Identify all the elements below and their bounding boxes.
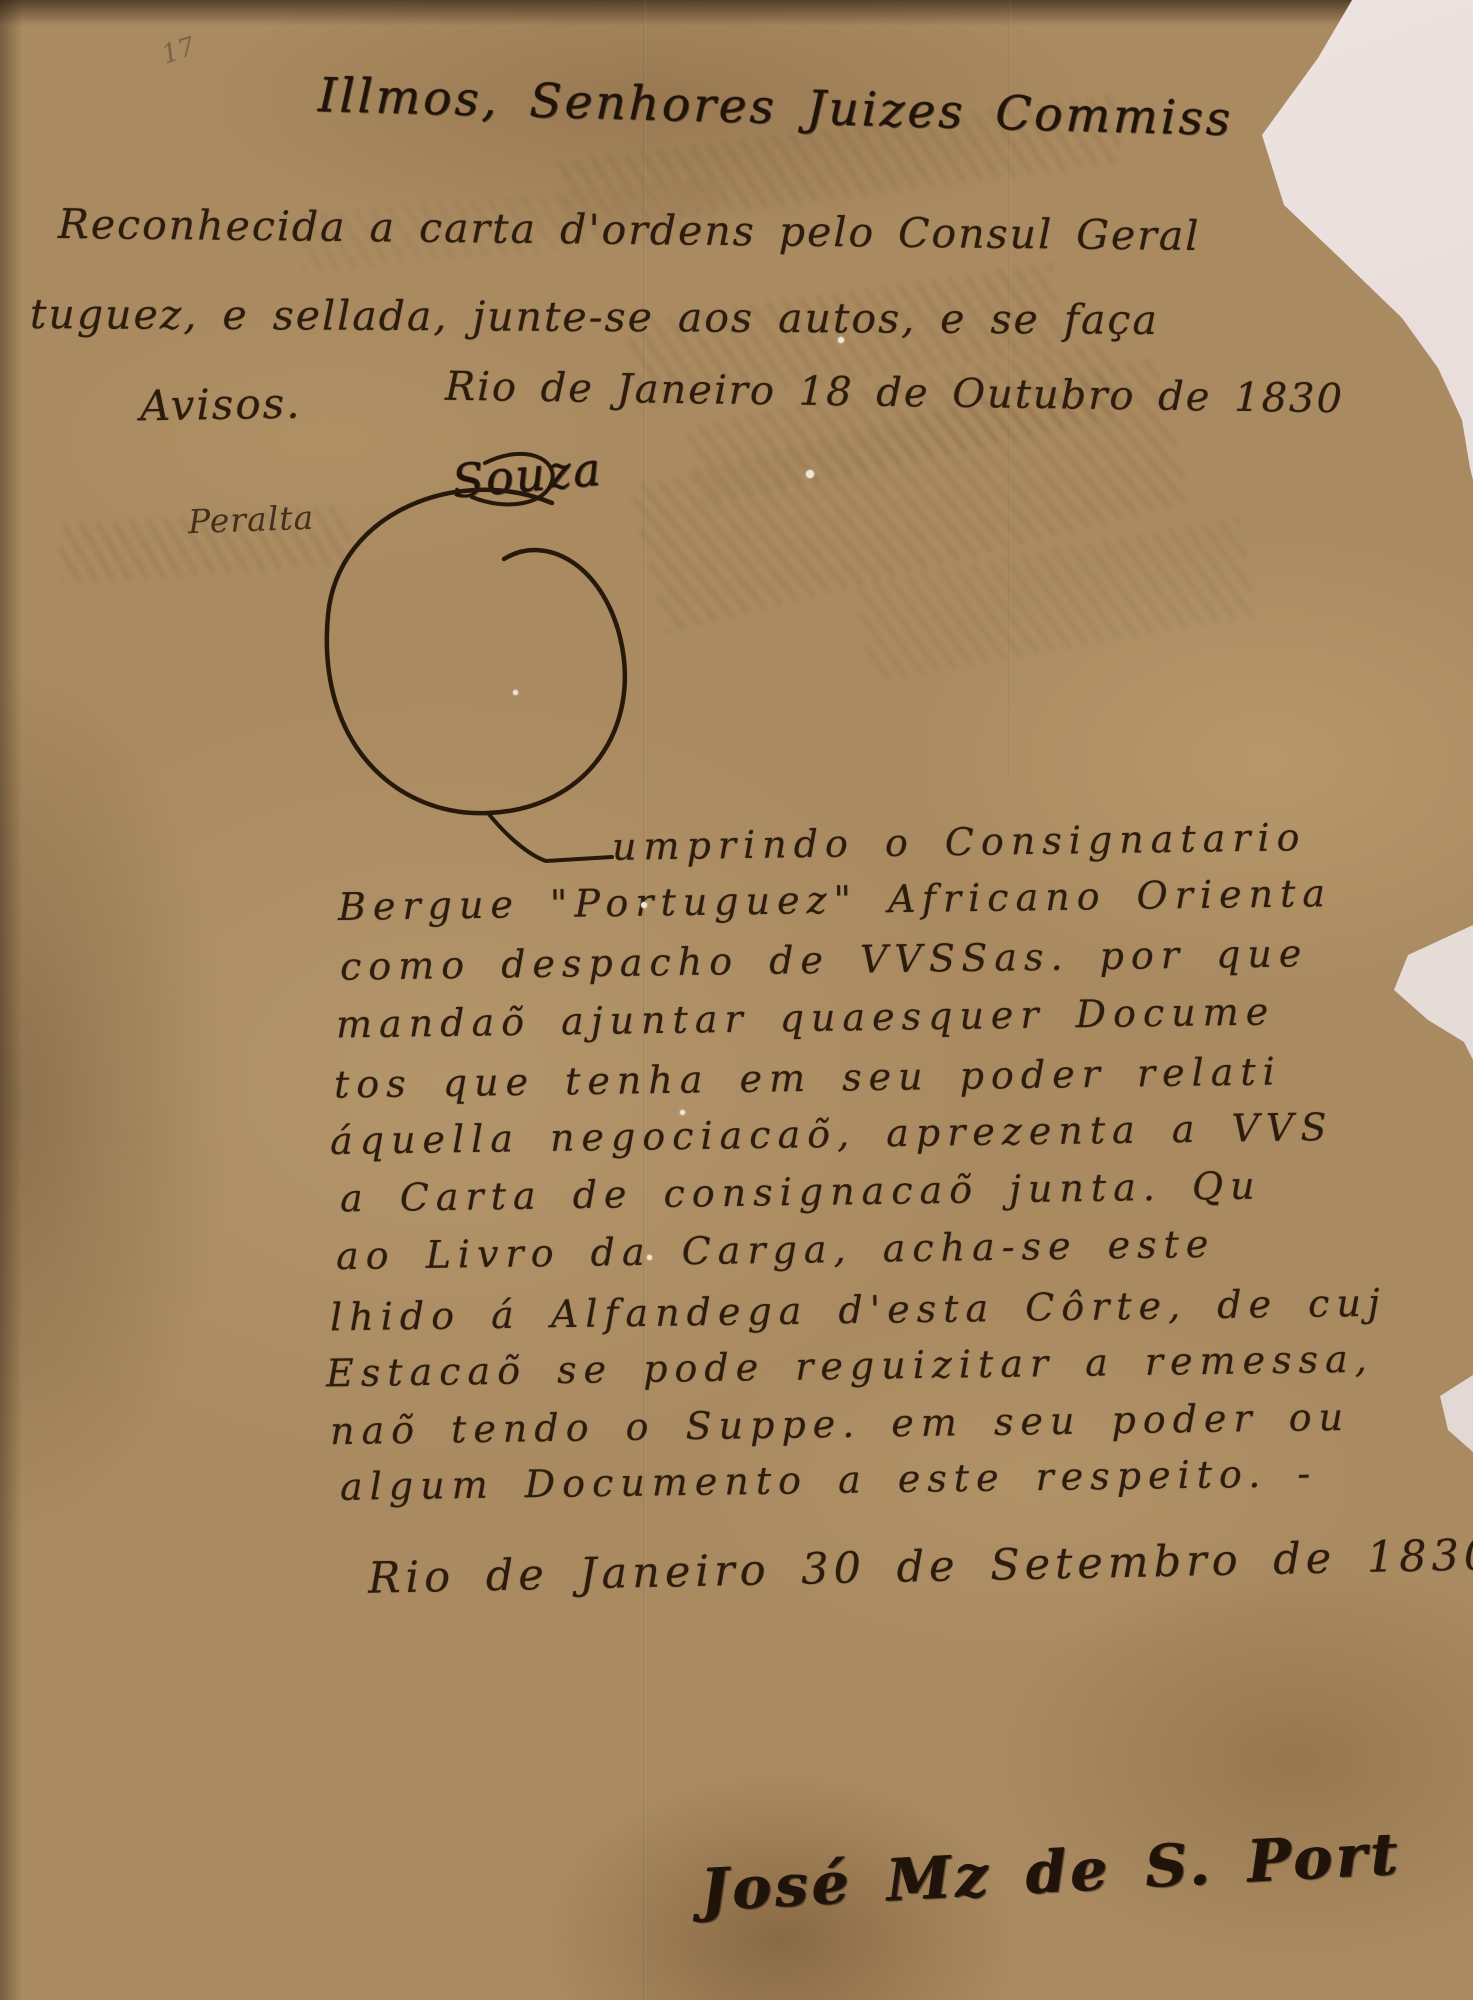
body-line-5: tos que tenha em seu poder relati xyxy=(334,1049,1282,1106)
scanned-manuscript: { "page": { "kind": "scanned handwritten… xyxy=(0,0,1473,2000)
paper-speck xyxy=(806,470,814,478)
initial-c-flourish xyxy=(290,425,670,885)
paper-speck xyxy=(838,337,844,343)
body-line-1: umprindo o Consignatario xyxy=(612,815,1307,869)
despacho-line-2: tuguez, e sellada, junte-se aos autos, e… xyxy=(30,290,1159,344)
body-line-11: naõ tendo o Suppe. em seu poder ou xyxy=(330,1395,1351,1453)
signature-final: José Mz de S. Port xyxy=(699,1820,1403,1925)
body-line-4: mandaõ ajuntar quaesquer Docume xyxy=(336,989,1276,1046)
despacho-dateline: Rio de Janeiro 18 de Outubro de 1830 xyxy=(445,364,1345,423)
ink-bleedthrough xyxy=(854,517,1255,683)
body-line-6: áquella negociacaõ, aprezenta a VVS xyxy=(330,1105,1334,1163)
body-line-9: lhido á Alfandega d'esta Côrte, de cuj xyxy=(330,1281,1387,1340)
body-line-8: ao Livro da Carga, acha-se este xyxy=(336,1222,1216,1278)
body-dateline: Rio de Janeiro 30 de Setembro de 1830 xyxy=(368,1530,1473,1604)
paper-sheet: 17 Illmos, Senhores Juizes Commiss Recon… xyxy=(0,0,1473,2000)
paper-speck xyxy=(647,1255,652,1260)
paper-speck xyxy=(680,1110,685,1115)
pencil-note: 17 xyxy=(158,32,199,71)
heading-line: Illmos, Senhores Juizes Commiss xyxy=(317,68,1233,147)
body-line-7: a Carta de consignacaõ junta. Qu xyxy=(340,1164,1262,1221)
initial-c-letter: C xyxy=(0,0,1,1)
body-line-10: Estacaõ se pode reguizitar a remessa, xyxy=(326,1337,1374,1396)
despacho-line-3: Avisos. xyxy=(140,379,302,431)
body-line-12: algum Documento a este respeito. - xyxy=(340,1451,1318,1509)
paper-speck xyxy=(641,902,647,908)
paper-speck xyxy=(513,690,518,695)
despacho-line-1: Reconhecida a carta d'ordens pelo Consul… xyxy=(58,200,1201,260)
ink-bleedthrough xyxy=(686,338,1123,506)
body-line-3: como despacho de VVSSas. por que xyxy=(340,931,1309,989)
